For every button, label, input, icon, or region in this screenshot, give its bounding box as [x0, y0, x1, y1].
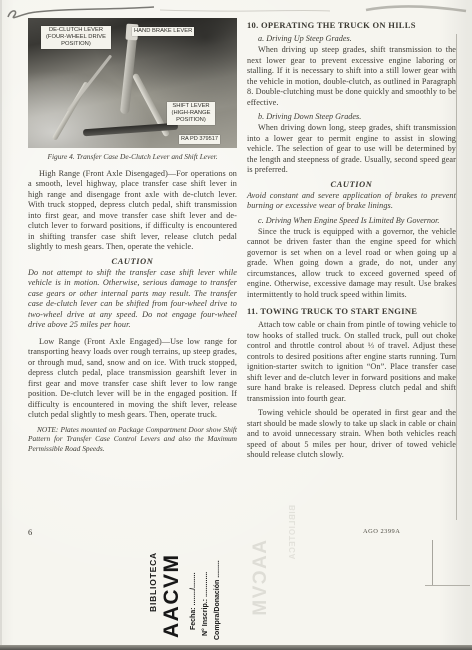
figure-photo: DE-CLUTCH LEVER (FOUR-WHEEL DRIVE POSITI…: [28, 18, 237, 148]
subheading-a: a. Driving Up Steep Grades.: [247, 34, 456, 43]
note-text: NOTE: Plates mounted on Package Compartm…: [28, 425, 237, 454]
para-towing-2: Towing vehicle should be operated in fir…: [247, 408, 456, 461]
para-driving-down: When driving down long, steep grades, sh…: [247, 123, 456, 176]
section-10-heading: 10. OPERATING THE TRUCK ON HILLS: [247, 20, 456, 30]
fold-foot-artifact: [425, 585, 470, 586]
para-governor: Since the truck is equipped with a gover…: [247, 227, 456, 301]
para-high-range: High Range (Front Axle Disengaged)—For o…: [28, 169, 237, 253]
document-page: DE-CLUTCH LEVER (FOUR-WHEEL DRIVE POSITI…: [0, 0, 472, 650]
stamp-fecha: Fecha: ......../........: [190, 500, 197, 630]
page-edge-line: [456, 34, 457, 520]
para-driving-up: When driving up steep grades, shift tran…: [247, 45, 456, 108]
caution-text-right: Avoid constant and severe application of…: [247, 191, 456, 212]
photo-credit: RA PD 379517: [179, 135, 220, 144]
label-hand-brake-lever: HAND BRAKE LEVER: [132, 27, 194, 36]
subheading-c: c. Driving When Engine Speed Is Limited …: [247, 216, 456, 225]
ago-number: AGO 2399A: [363, 528, 400, 535]
section-11-heading: 11. TOWING TRUCK TO START ENGINE: [247, 306, 456, 316]
figure-4: DE-CLUTCH LEVER (FOUR-WHEEL DRIVE POSITI…: [28, 18, 237, 162]
subheading-b: b. Driving Down Steep Grades.: [247, 112, 456, 121]
page-number: 6: [28, 527, 32, 537]
left-edge-shadow: [0, 0, 2, 650]
library-stamp: BIBLIOTECA AACVM Fecha: ......../.......…: [148, 500, 254, 640]
para-low-range: Low Range (Front Axle Engaged)—Use low r…: [28, 337, 237, 421]
stamp-aacvm: AACVM: [160, 500, 184, 638]
caution-heading-left: CAUTION: [28, 257, 237, 266]
stamp-biblioteca: BIBLIOTECA: [148, 500, 158, 612]
ghost-stamp-biblioteca: BIBLIOTECA: [288, 505, 297, 575]
caution-text-left: Do not attempt to shift the transfer cas…: [28, 268, 237, 331]
stamp-compra: Compra/Donación .........: [214, 500, 221, 640]
linkage-rod-shape: [67, 54, 112, 111]
stamp-inscrip: N° Inscrip.: .............: [202, 500, 209, 636]
para-towing-1: Attach tow cable or chain from pintle of…: [247, 320, 456, 404]
fold-line-artifact: [432, 540, 433, 586]
label-declutch-lever: DE-CLUTCH LEVER (FOUR-WHEEL DRIVE POSITI…: [41, 26, 111, 49]
figure-caption: Figure 4. Transfer Case De-Clutch Lever …: [46, 152, 219, 162]
right-column: 10. OPERATING THE TRUCK ON HILLS a. Driv…: [247, 20, 456, 465]
library-stamp-content: BIBLIOTECA AACVM Fecha: ......../.......…: [148, 500, 254, 640]
left-column: DE-CLUTCH LEVER (FOUR-WHEEL DRIVE POSITI…: [28, 18, 237, 454]
caution-heading-right: CAUTION: [247, 180, 456, 189]
label-shift-lever: SHIFT LEVER (HIGH-RANGE POSITION): [167, 102, 215, 125]
scanner-bottom-edge: [0, 645, 472, 650]
